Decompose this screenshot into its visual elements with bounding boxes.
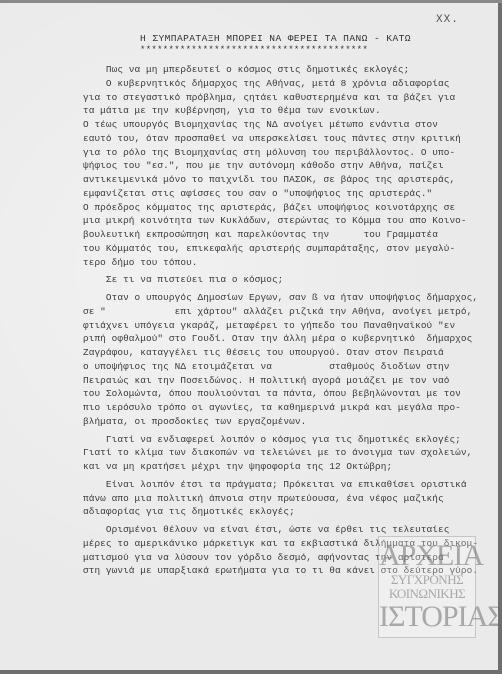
text-line: τερο δήμο του τόπου. [83,256,498,270]
text-line: ο υποψήφιος της ΝΔ ετοιμάζεται να σταθμο… [83,360,498,374]
text-line: βουλευτική εκπροσώπηση και παρελκύοντας … [83,228,498,242]
text-line: ψήφιος του "εσ.", που με την αυτόνομη κά… [83,159,498,173]
paragraph: Γιατί να ενδιαφερεί λοιπόν ο κόσμος για … [83,433,498,474]
text-line: σε " επι χάρτου" αλλάζει ριζικά την Αθήν… [83,305,498,319]
text-line: μια μικρή κοινότητα των Κυκλάδων, στερών… [83,214,498,228]
title-underline: **************************************** [140,45,368,55]
text-line: Πως να μη μπερδευτεί ο κόσμος στις δημοτ… [83,63,498,77]
text-line: του Σολομώντα, όπου πουλιούνται τα πάντα… [83,387,498,401]
text-line: Οταν ο υπουργός Δημοσίων Εργων, σαν ß να… [83,291,498,305]
text-line: για το ρόλο της Βιομηχανίας στη μόλυνση … [83,146,498,160]
watermark-line: ΑΡΧΕΙΑ [379,539,475,573]
text-line: πιο ιερόσυλο τρόπο οι αγωνίες, τα καθημε… [83,401,498,415]
text-line: και να μη κρατήσει μέχρι την ψηφοφορία τ… [83,460,498,474]
text-line: του Κόμματός του, επικεφαλής αριστερής σ… [83,242,498,256]
text-line: φτιάχνει υπόγεια γκαράζ, μεταφέρει το γή… [83,319,498,333]
document-title: Η ΣΥΜΠΑΡΑΤΑΞΗ ΜΠΟΡΕΙ ΝΑ ΦΕΡΕΙ ΤΑ ΠΑΝΩ - … [140,33,411,44]
text-line: εαυτό του, όταν προσπαθεί να υπερσκελίσε… [83,132,498,146]
text-line: τα μάτια με την κυβέρνηση, για το θέμα τ… [83,104,498,118]
text-line: Ζαγράφου, καταγγέλει τις θέσεις του υπου… [83,346,498,360]
corner-mark: XX. [436,14,459,26]
text-line: αντικειμενικά μόνο το παιχνίδι του ΠΑΣΟΚ… [83,173,498,187]
text-line: Γιατί να ενδιαφερεί λοιπόν ο κόσμος για … [83,433,498,447]
paragraph: Οταν ο υπουργός Δημοσίων Εργων, σαν ß να… [83,291,498,429]
text-line: ριπή οφθαλμού" στο Γουδί. Οταν την άλλη … [83,332,498,346]
text-line: πάνω απο μια πολιτική άπνοια στην πρωτεύ… [83,492,498,506]
paragraph: Πως να μη μπερδευτεί ο κόσμος στις δημοτ… [83,63,498,269]
text-line: Πειραιώς και την Ποσειδώνος. Η πολιτική … [83,374,498,388]
text-line: αδιαφορίας για τις δημοτικές εκλογές; [83,505,498,519]
text-line: για το στεγαστικό πρόβλημα, ςητάει καθυσ… [83,91,498,105]
text-line: Ο κυβερνητικός δήμαρχος της Αθήνας, μετά… [83,77,498,91]
document-body: Πως να μη μπερδευτεί ο κόσμος στις δημοτ… [83,63,498,578]
watermark-line: ΣΥΓΧΡΟΝΗΣ [379,573,475,587]
typewritten-page: XX. Η ΣΥΜΠΑΡΑΤΑΞΗ ΜΠΟΡΕΙ ΝΑ ΦΕΡΕΙ ΤΑ ΠΑΝ… [0,3,498,670]
text-line: Ορισμένοι θέλουν να είναι έτσι, ώστε να … [83,523,498,537]
text-line: Ο πρόεδρος κόμματος της αριστεράς, βάζει… [83,201,498,215]
text-line: Σε τι να πιστεύει πια ο κόσμος; [83,273,498,287]
archive-watermark: ΑΡΧΕΙΑ ΣΥΓΧΡΟΝΗΣ ΚΟΙΝΩΝΙΚΗΣ ΙΣΤΟΡΙΑΣ [378,536,476,638]
text-line: βλήματα, οι προσδοκίες των εργαζομένων. [83,415,498,429]
text-line: Ο τέως υπουργός Βιομηχανίας της ΝΔ ανοίγ… [83,118,498,132]
paragraph: Σε τι να πιστεύει πια ο κόσμος; [83,273,498,287]
text-line: Γιατί το κλίμα των διακοπών να τελειώνει… [83,446,498,460]
text-line: Είναι λοιπόν έτσι τα πράγματα; Πρόκειται… [83,478,498,492]
watermark-line: ΚΟΙΝΩΝΙΚΗΣ [379,587,475,601]
text-line: εμφανίζεται στις αφίσσες του σαν ο "υποψ… [83,187,498,201]
paragraph: Είναι λοιπόν έτσι τα πράγματα; Πρόκειται… [83,478,498,519]
watermark-line: ΙΣΤΟΡΙΑΣ [379,601,475,633]
